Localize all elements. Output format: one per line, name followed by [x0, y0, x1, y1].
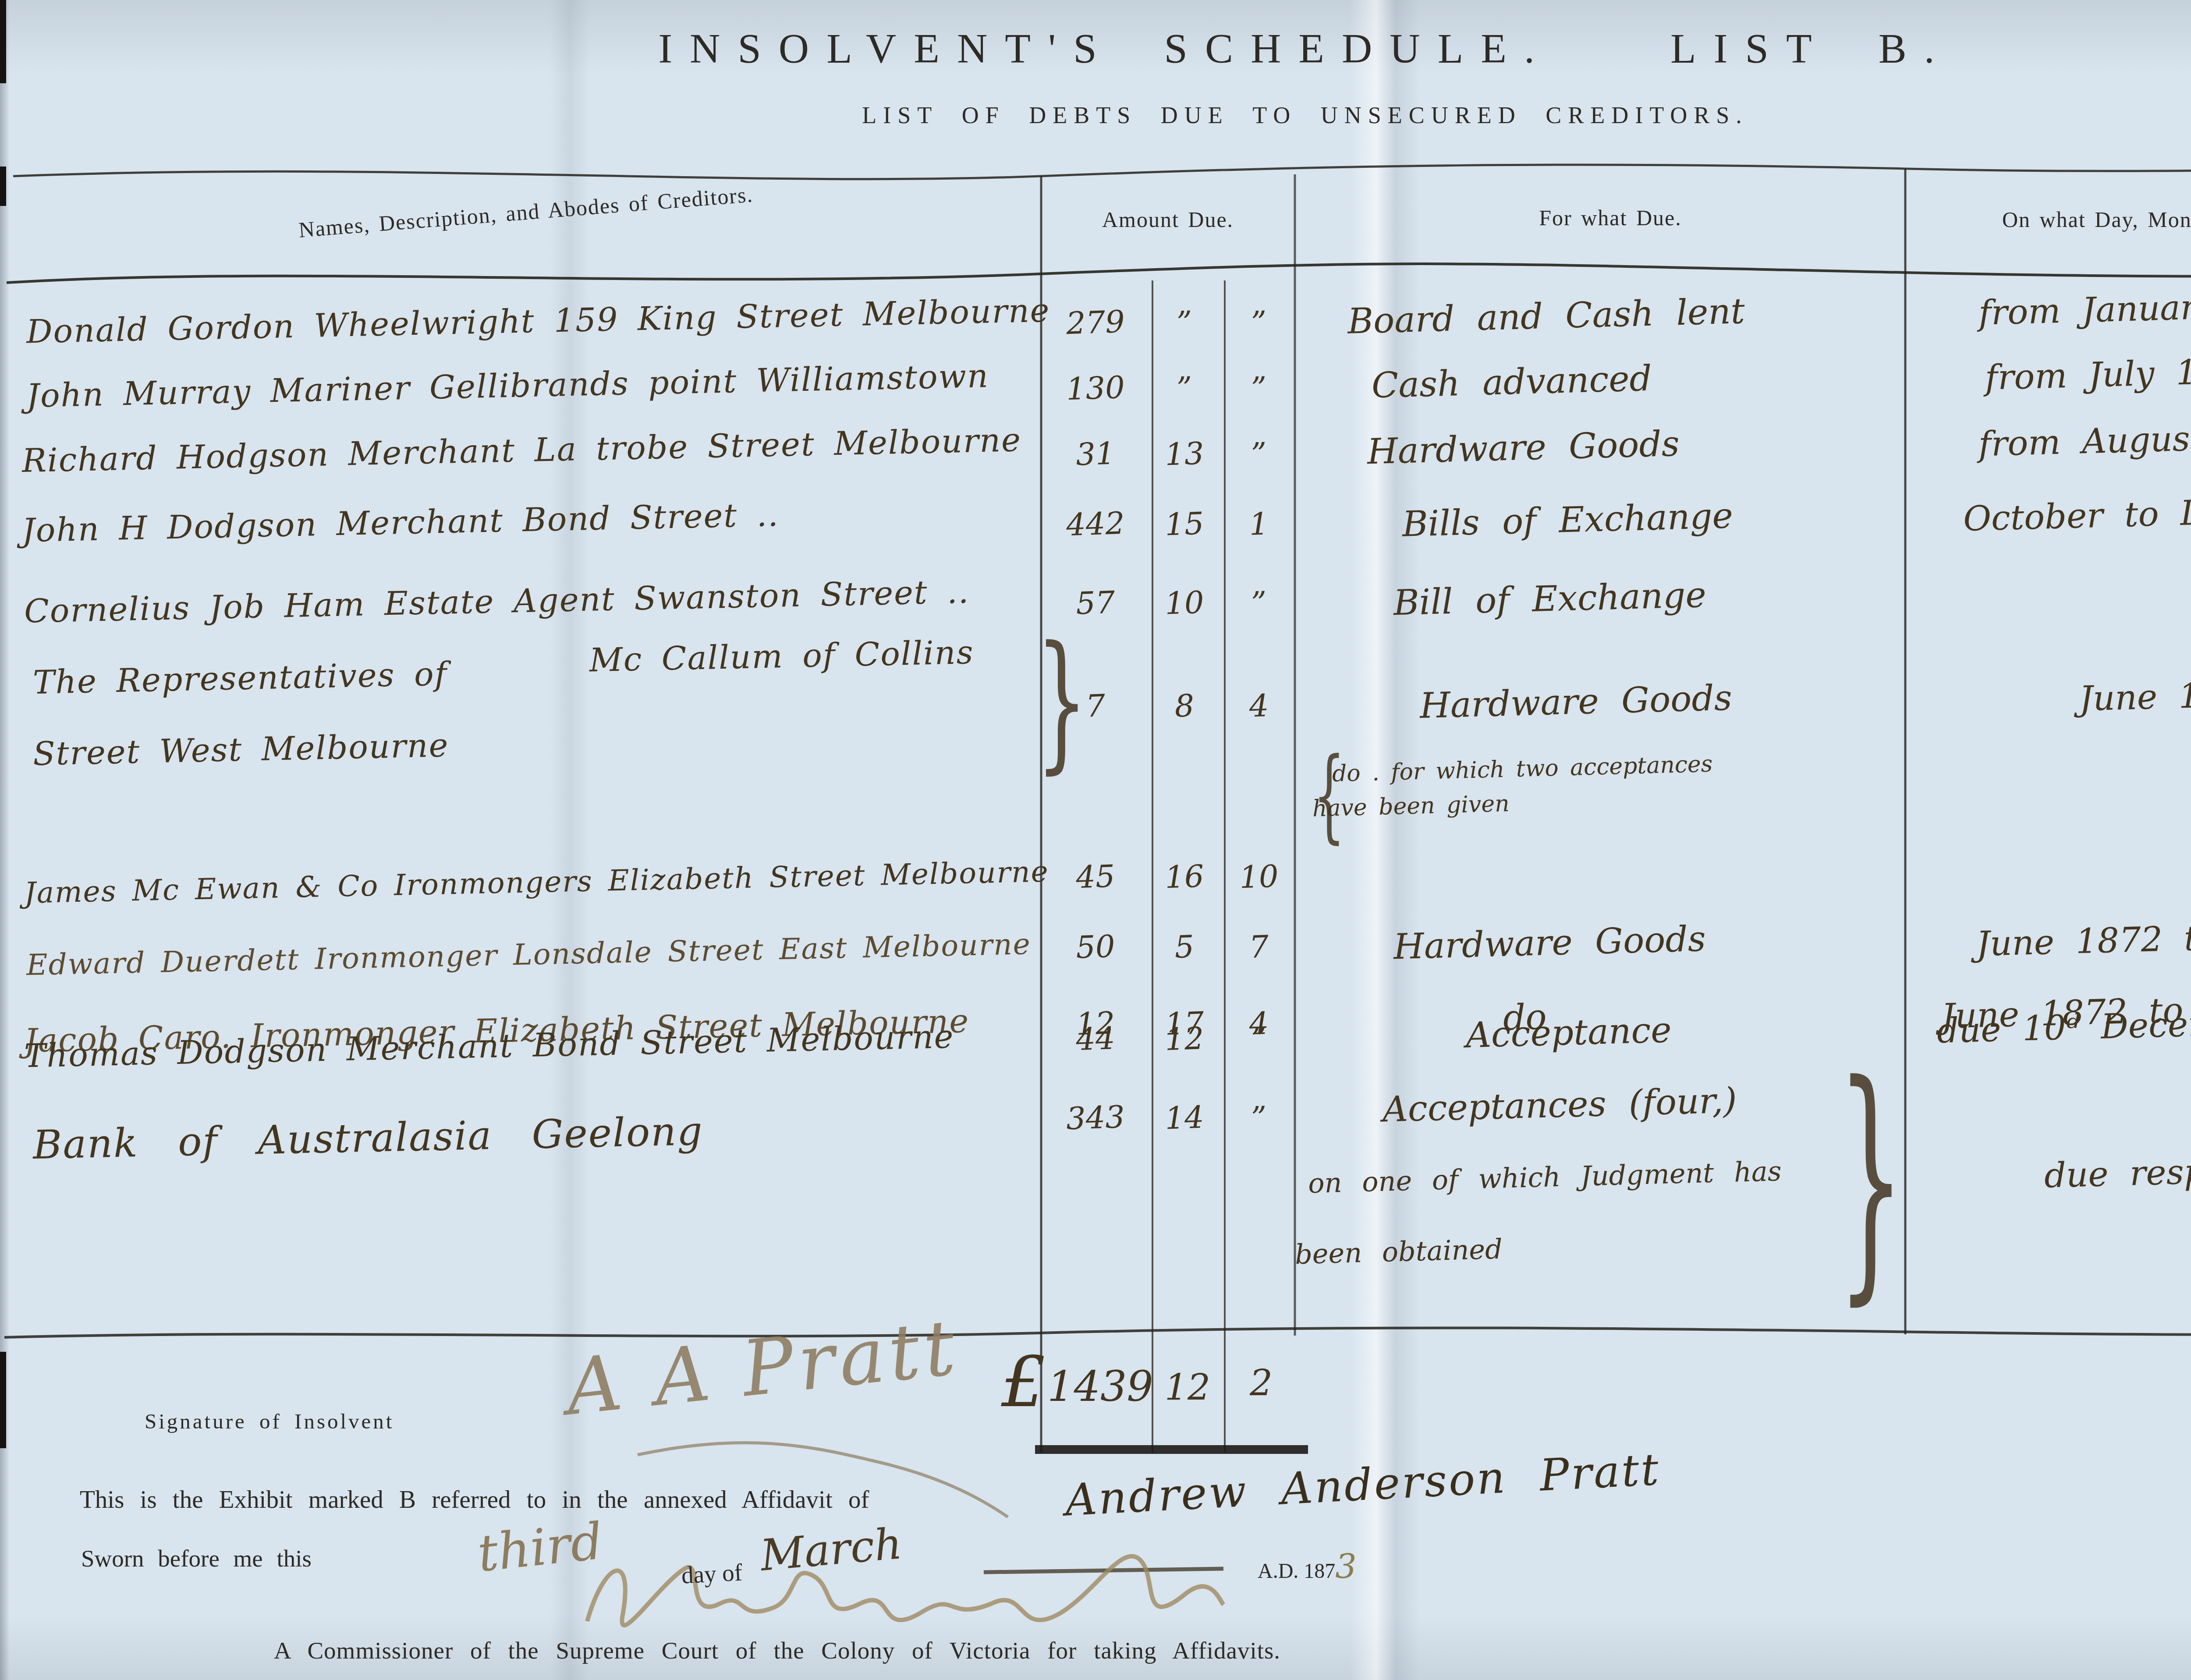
amount-pence: ”	[1221, 584, 1297, 622]
amount-shillings: 16	[1147, 858, 1223, 896]
for-what-due: Acceptance	[1465, 1010, 1672, 1056]
creditor-name-continued: Mc Callum of Collins	[589, 634, 974, 679]
amount-pounds: 7	[1049, 686, 1142, 725]
ad-year-label: A.D. 1873	[1258, 1547, 1357, 1586]
amount-pence: 1	[1221, 505, 1297, 543]
signature-of-insolvent-label: Signature of Insolvent	[145, 1409, 394, 1434]
page-title: INSOLVENT'S SCHEDULE. LIST B.	[0, 24, 2191, 73]
row-brace: }	[1837, 1052, 1905, 1306]
sworn-before-statement: Sworn before me this	[81, 1545, 312, 1572]
ad-year-digit-handwritten: 3	[1335, 1547, 1356, 1586]
amount-pence: ”	[1221, 1020, 1297, 1058]
column-header-for-what-due: For what Due.	[1315, 205, 1906, 230]
scan-edge-mark	[0, 167, 6, 206]
for-what-due-line3: been obtained	[1294, 1233, 1503, 1270]
amount-pounds: 343	[1049, 1098, 1142, 1137]
amount-pounds: 45	[1049, 857, 1142, 896]
amount-pounds: 279	[1049, 303, 1142, 342]
page-title-main: INSOLVENT'S SCHEDULE.	[658, 24, 1552, 73]
column-header-date-contracted: On what Day, Month, and Year Contracted.	[1911, 207, 2191, 232]
amount-shillings: 13	[1147, 435, 1223, 473]
amount-pence: 10	[1221, 858, 1297, 896]
amount-shillings: ”	[1147, 369, 1223, 408]
ad-prefix: A.D. 187	[1258, 1559, 1335, 1583]
for-what-due-line2: have been given	[1312, 790, 1510, 822]
amount-pence: ”	[1221, 1099, 1297, 1137]
for-what-due: Cash advanced	[1371, 358, 1652, 406]
exhibit-statement: This is the Exhibit marked B referred to…	[80, 1485, 869, 1514]
day-of-label: day of	[681, 1558, 743, 1589]
amount-pounds: 442	[1049, 504, 1142, 543]
amount-pence: ”	[1221, 369, 1297, 408]
amount-shillings: 15	[1147, 505, 1223, 543]
total-pence: 2	[1226, 1363, 1296, 1404]
date-contracted: due respectively	[2044, 1148, 2191, 1196]
amount-pence: 7	[1221, 928, 1297, 966]
amount-pounds: 130	[1049, 369, 1142, 408]
amount-pounds: 31	[1049, 434, 1142, 473]
column-header-amount: Amount Due.	[1047, 207, 1288, 232]
amount-shillings: 12	[1147, 1020, 1223, 1058]
page-subtitle-text: LIST OF DEBTS DUE TO UNSECURED CREDITORS…	[862, 102, 1748, 128]
amount-shillings: ”	[1147, 303, 1223, 342]
scanned-document-page: INSOLVENT'S SCHEDULE. LIST B. LIST OF DE…	[0, 0, 2191, 1680]
commissioner-statement: A Commissioner of the Supreme Court of t…	[274, 1637, 1280, 1664]
amount-shillings: 8	[1147, 687, 1223, 725]
amount-pounds: 50	[1049, 927, 1142, 966]
date-contracted: June 1872	[2079, 674, 2191, 719]
amount-shillings: 10	[1147, 584, 1223, 622]
page-subtitle: LIST OF DEBTS DUE TO UNSECURED CREDITORS…	[0, 102, 2191, 129]
for-what-due: Hardware Goods	[1393, 918, 1706, 968]
scan-edge-mark	[0, 1352, 6, 1448]
page-title-list: LIST B.	[1670, 24, 1952, 73]
for-what-due: Bill of Exchange	[1393, 574, 1707, 624]
for-what-due: Hardware Goods	[1367, 423, 1680, 472]
total-shillings: 12	[1155, 1367, 1220, 1409]
amount-shillings: 14	[1147, 1099, 1223, 1137]
for-what-due: Hardware Goods	[1419, 677, 1733, 727]
amount-pence: 4	[1221, 687, 1297, 725]
amount-pounds: 44	[1049, 1019, 1142, 1058]
amount-pence: ”	[1221, 435, 1297, 473]
amount-pence: ”	[1221, 303, 1297, 342]
total-pounds: 1439	[1047, 1363, 1150, 1411]
for-what-due: Bills of Exchange	[1402, 495, 1734, 545]
currency-symbol: £	[1001, 1341, 1046, 1423]
amount-shillings: 5	[1147, 928, 1223, 966]
